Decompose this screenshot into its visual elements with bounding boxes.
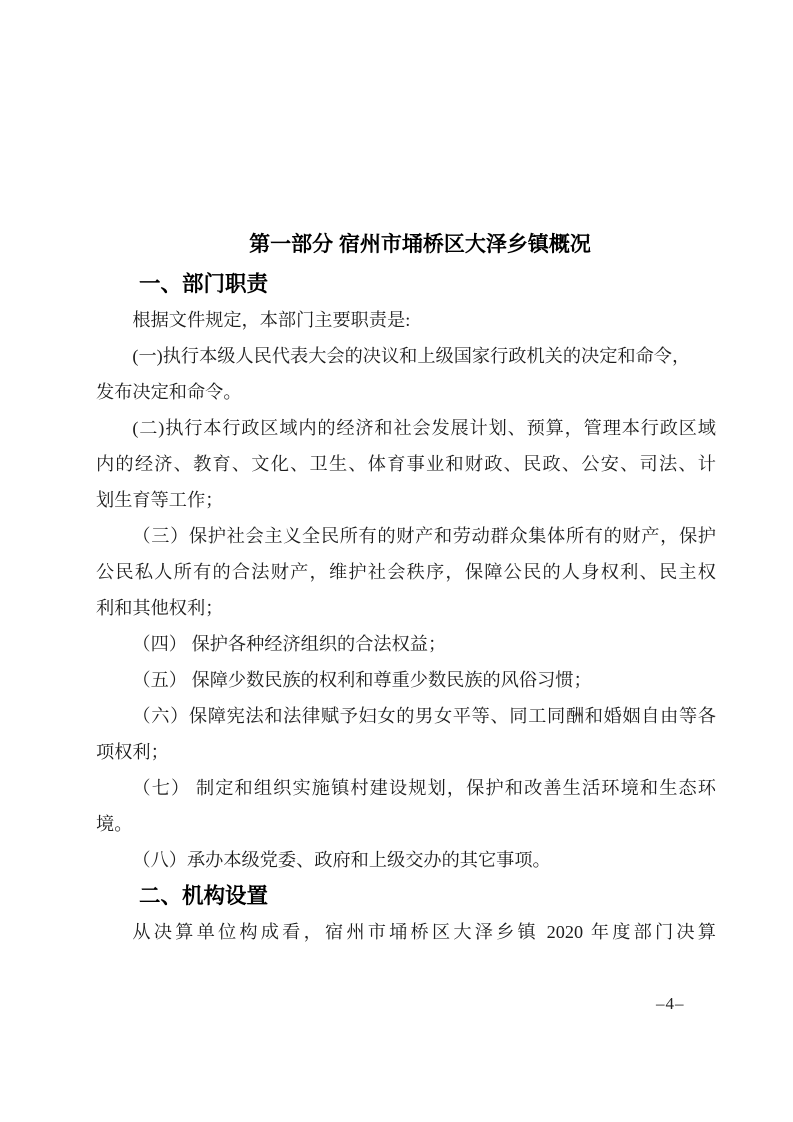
document-body: 第一部分 宿州市埇桥区大泽乡镇概况一、部门职责根据文件规定，本部门主要职责是:(…: [96, 223, 716, 950]
paragraph-line: 境。: [96, 806, 716, 842]
paragraph-line: (一)执行本级人民代表大会的决议和上级国家行政机关的决定和命令，: [96, 338, 716, 374]
paragraph-line: 划生育等工作；: [96, 482, 716, 518]
paragraph-line: (二)执行本行政区域内的经济和社会发展计划、预算，管理本行政区域: [96, 410, 716, 446]
paragraph-line: 利和其他权利；: [96, 590, 716, 626]
paragraph-line: （六）保障宪法和法律赋予妇女的男女平等、同工同酬和婚姻自由等各: [96, 698, 716, 734]
page-number: –4–: [656, 994, 716, 1014]
document-page: 第一部分 宿州市埇桥区大泽乡镇概况一、部门职责根据文件规定，本部门主要职责是:(…: [0, 0, 793, 1122]
paragraph-line: 公民私人所有的合法财产，维护社会秩序，保障公民的人身权利、民主权: [96, 554, 716, 590]
paragraph-line: （七） 制定和组织实施镇村建设规划，保护和改善生活环境和生态环: [96, 770, 716, 806]
paragraph-line: 发布决定和命令。: [96, 374, 716, 410]
paragraph-line: 根据文件规定，本部门主要职责是:: [96, 302, 716, 338]
paragraph-line: （四） 保护各种经济组织的合法权益；: [96, 626, 716, 662]
paragraph-line: （五） 保障少数民族的权利和尊重少数民族的风俗习惯；: [96, 662, 716, 698]
paragraph-line: 从决算单位构成看，宿州市埇桥区大泽乡镇 2020 年度部门决算: [96, 914, 716, 950]
document-title: 第一部分 宿州市埇桥区大泽乡镇概况: [110, 223, 730, 266]
paragraph-line: （三）保护社会主义全民所有的财产和劳动群众集体所有的财产，保护: [96, 518, 716, 554]
paragraph-line: （八）承办本级党委、政府和上级交办的其它事项。: [96, 842, 716, 878]
paragraph-line: 内的经济、教育、文化、卫生、体育事业和财政、民政、公安、司法、计: [96, 446, 716, 482]
section-heading: 二、机构设置: [96, 878, 716, 914]
paragraph-line: 项权利；: [96, 734, 716, 770]
section-heading: 一、部门职责: [96, 266, 716, 302]
